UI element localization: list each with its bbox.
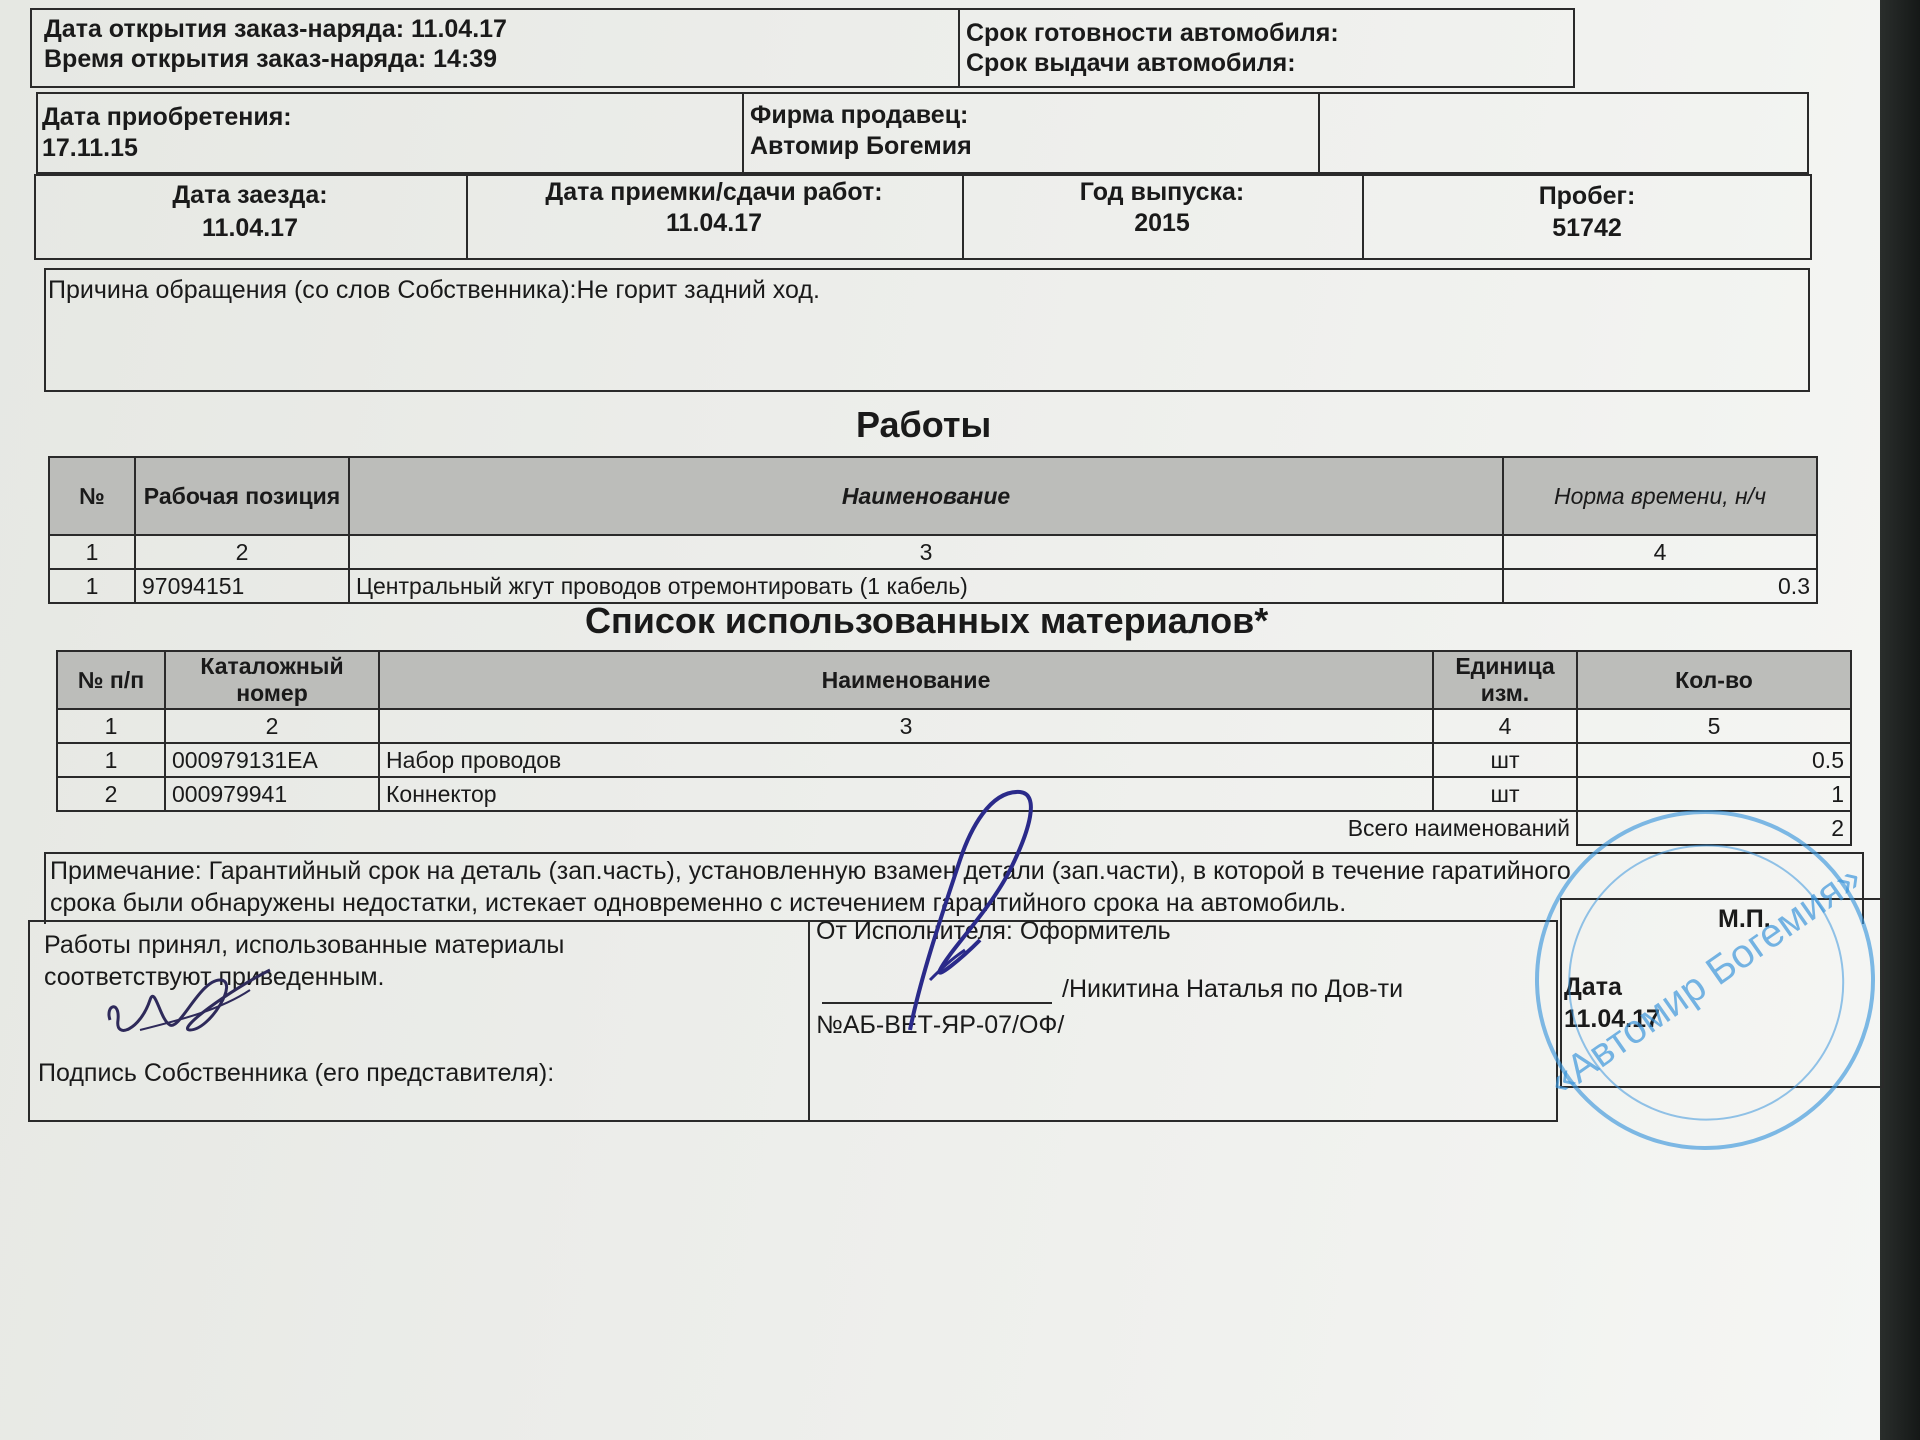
works-col-no: № xyxy=(49,457,135,535)
table-row: 1 97094151 Центральный жгут проводов отр… xyxy=(49,569,1817,603)
owner-signature-label: Подпись Собственника (его представителя)… xyxy=(38,1058,554,1088)
works-col-name: Наименование xyxy=(349,457,1503,535)
works-index: 1 xyxy=(49,535,135,569)
material-unit: шт xyxy=(1433,743,1577,777)
year-value: 2015 xyxy=(962,208,1362,238)
divider xyxy=(1318,92,1320,174)
work-norm: 0.3 xyxy=(1503,569,1817,603)
materials-index: 1 xyxy=(57,709,165,743)
acceptance-date-value: 11.04.17 xyxy=(466,208,962,238)
materials-index: 4 xyxy=(1433,709,1577,743)
purchase-date-value: 17.11.15 xyxy=(42,133,138,163)
divider xyxy=(742,92,744,174)
order-open-time: Время открытия заказ-наряда: 14:39 xyxy=(44,44,497,74)
purchase-date-label: Дата приобретения: xyxy=(42,102,292,132)
table-row: 1 000979131EA Набор проводов шт 0.5 xyxy=(57,743,1851,777)
works-col-norm: Норма времени, н/ч xyxy=(1503,457,1817,535)
work-position: 97094151 xyxy=(135,569,349,603)
material-no: 1 xyxy=(57,743,165,777)
ready-deadline: Срок готовности автомобиля: xyxy=(966,18,1339,48)
work-no: 1 xyxy=(49,569,135,603)
executor-name: /Никитина Наталья по Дов-ти xyxy=(1062,974,1403,1004)
owner-signature xyxy=(100,960,300,1050)
works-table: № Рабочая позиция Наименование Норма вре… xyxy=(48,456,1818,604)
material-qty: 1 xyxy=(1577,777,1851,811)
work-name: Центральный жгут проводов отремонтироват… xyxy=(349,569,1503,603)
works-col-position: Рабочая позиция xyxy=(135,457,349,535)
materials-col-qty: Кол-во xyxy=(1577,651,1851,709)
material-qty: 0.5 xyxy=(1577,743,1851,777)
materials-col-unit: Единица изм. xyxy=(1433,651,1577,709)
works-title: Работы xyxy=(856,404,991,446)
order-open-date: Дата открытия заказ-наряда: 11.04.17 xyxy=(44,14,507,44)
executor-signature xyxy=(880,780,1040,1040)
material-unit: шт xyxy=(1433,777,1577,811)
note-line-2: срока были обнаружены недостатки, истека… xyxy=(50,888,1346,918)
material-name: Набор проводов xyxy=(379,743,1433,777)
materials-title: Список использованных материалов* xyxy=(585,600,1268,642)
mileage-value: 51742 xyxy=(1362,213,1812,243)
works-index: 3 xyxy=(349,535,1503,569)
works-index: 2 xyxy=(135,535,349,569)
mileage-label: Пробег: xyxy=(1362,181,1812,211)
note-line-1: Примечание: Гарантийный срок на деталь (… xyxy=(50,856,1571,886)
material-catalog: 000979131EA xyxy=(165,743,379,777)
acceptance-date-label: Дата приемки/сдачи работ: xyxy=(466,177,962,207)
divider xyxy=(958,8,960,88)
material-catalog: 000979941 xyxy=(165,777,379,811)
release-deadline: Срок выдачи автомобиля: xyxy=(966,48,1296,78)
seller-value: Автомир Богемия xyxy=(750,131,972,161)
materials-index: 3 xyxy=(379,709,1433,743)
works-index: 4 xyxy=(1503,535,1817,569)
materials-index: 2 xyxy=(165,709,379,743)
seller-label: Фирма продавец: xyxy=(750,100,968,130)
materials-col-name: Наименование xyxy=(379,651,1433,709)
reason-text: Причина обращения (со слов Собственника)… xyxy=(48,275,820,305)
material-no: 2 xyxy=(57,777,165,811)
year-label: Год выпуска: xyxy=(962,177,1362,207)
arrival-date-label: Дата заезда: xyxy=(34,180,466,210)
background-table xyxy=(1880,0,1920,1440)
owner-accepted-line-1: Работы принял, использованные материалы xyxy=(44,930,564,960)
arrival-date-value: 11.04.17 xyxy=(34,213,466,243)
materials-index: 5 xyxy=(1577,709,1851,743)
divider xyxy=(808,920,810,1122)
materials-col-no: № п/п xyxy=(57,651,165,709)
materials-col-catalog: Каталожный номер xyxy=(165,651,379,709)
total-label: Всего наименований xyxy=(57,811,1577,845)
